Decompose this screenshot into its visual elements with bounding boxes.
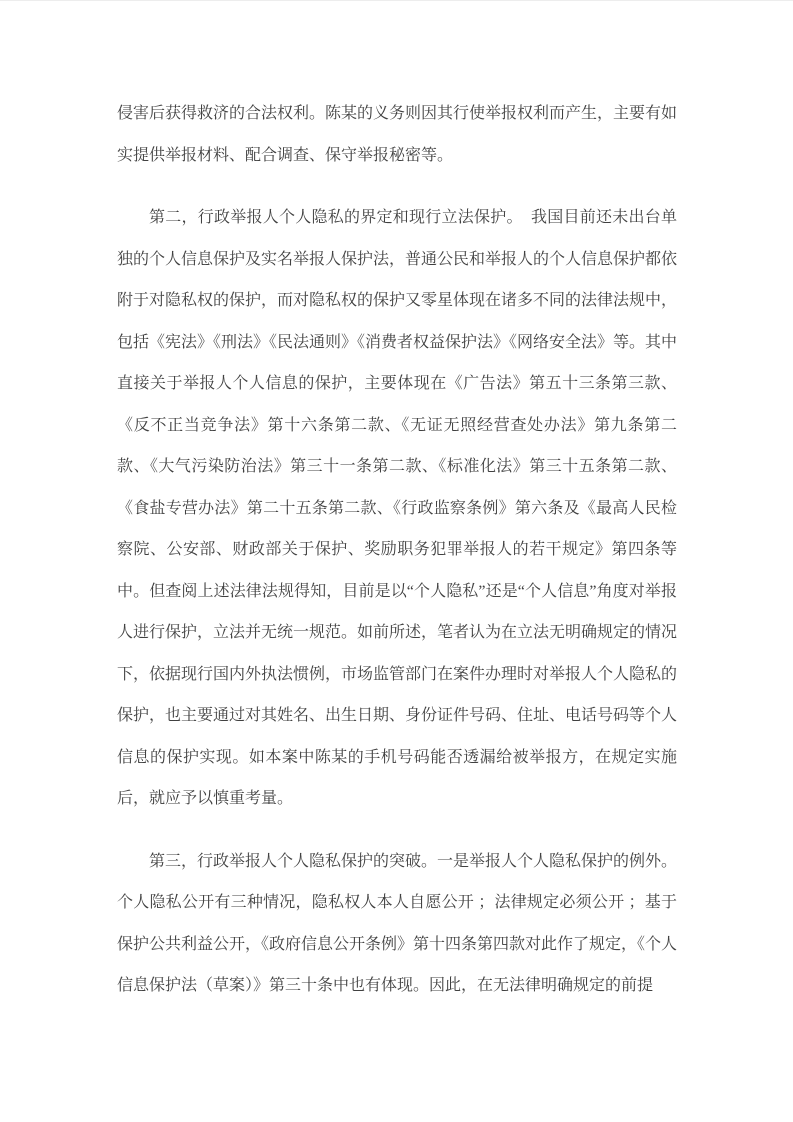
paragraph-second-point: 第二，行政举报人个人隐私的界定和现行立法保护。 我国目前还未出台单独的个人信息保…: [117, 197, 677, 820]
paragraph-continuation: 侵害后获得救济的合法权利。陈某的义务则因其行使举报权利而产生，主要有如实提供举报…: [117, 93, 677, 176]
page-text-block: 侵害后获得救济的合法权利。陈某的义务则因其行使举报权利而产生，主要有如实提供举报…: [117, 93, 677, 1007]
paragraph-third-point: 第三，行政举报人个人隐私保护的突破。一是举报人个人隐私保护的例外。个人隐私公开有…: [117, 841, 677, 1007]
document-page: 侵害后获得救济的合法权利。陈某的义务则因其行使举报权利而产生，主要有如实提供举报…: [0, 0, 793, 1122]
